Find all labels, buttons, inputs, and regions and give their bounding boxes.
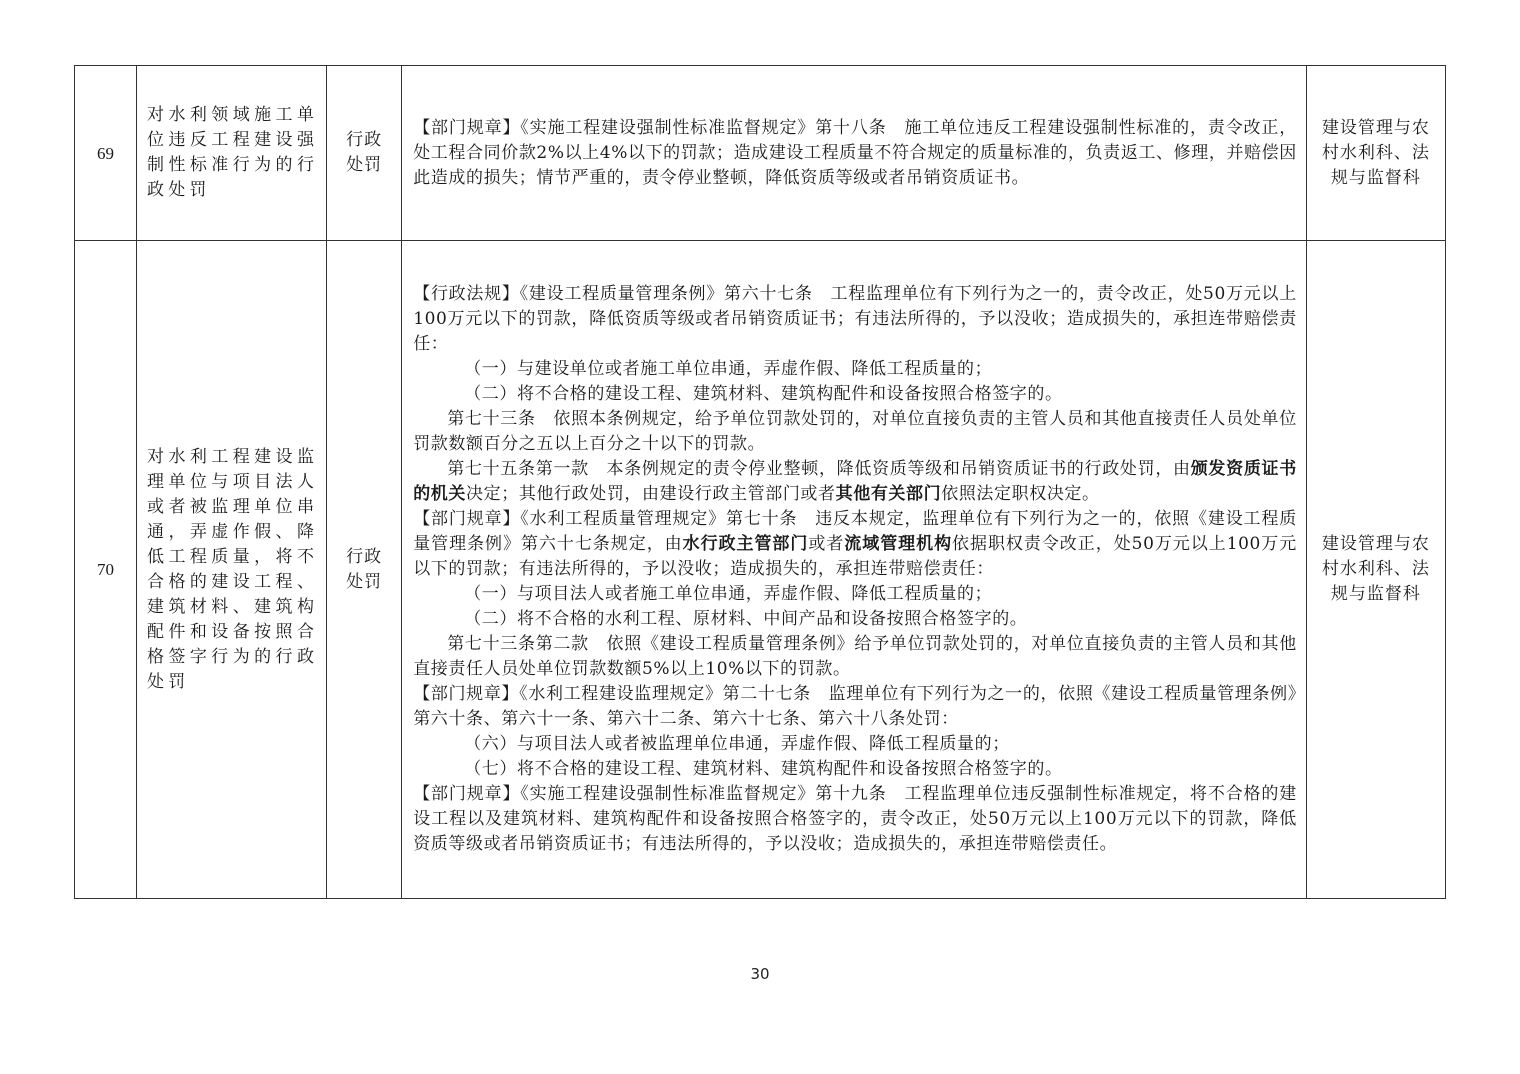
basis-paragraph: （二）将不合格的建设工程、建筑材料、建筑构配件和设备按照合格签字的。 [413, 382, 1297, 407]
basis-paragraph: （二）将不合格的水利工程、原材料、中间产品和设备按照合格签字的。 [413, 607, 1297, 632]
enforcement-items-table: 69 对水利领域施工单位违反工程建设强制性标准行为的行政处罚 行政处罚 【部门规… [74, 65, 1446, 899]
emphasized-authority: 水行政主管部门 [683, 534, 809, 554]
emphasized-authority: 其他有关部门 [836, 484, 942, 504]
basis-paragraph: 第七十五条第一款 本条例规定的责令停业整顿，降低资质等级和吊销资质证书的行政处罚… [413, 457, 1297, 507]
basis-text: （七）将不合格的建设工程、建筑材料、建筑构配件和设备按照合格签字的。 [464, 759, 1062, 779]
row-number: 70 [75, 241, 137, 899]
basis-paragraph: 【行政法规】《建设工程质量管理条例》第六十七条 工程监理单位有下列行为之一的，责… [413, 282, 1297, 357]
basis-paragraph: 【部门规章】《实施工程建设强制性标准监督规定》第十八条 施工单位违反工程建设强制… [413, 116, 1297, 191]
legal-basis: 【行政法规】《建设工程质量管理条例》第六十七条 工程监理单位有下列行为之一的，责… [402, 241, 1307, 899]
basis-paragraph: 第七十三条第二款 依照《建设工程质量管理条例》给予单位罚款处罚的，对单位直接负责… [413, 632, 1297, 682]
item-name: 对水利工程建设监理单位与项目法人或者被监理单位串通，弄虚作假、降低工程质量，将不… [137, 241, 327, 899]
emphasized-authority: 流域管理机构 [844, 534, 952, 554]
responsible-department: 建设管理与农村水利科、法规与监督科 [1306, 66, 1445, 241]
basis-text: 依照法定职权决定。 [941, 484, 1099, 504]
basis-text: （六）与项目法人或者被监理单位串通，弄虚作假、降低工程质量的； [464, 734, 1010, 754]
row-number: 69 [75, 66, 137, 241]
item-type: 行政处罚 [327, 66, 402, 241]
basis-text: 【部门规章】《水利工程建设监理规定》第二十七条 监理单位有下列行为之一的，依照《… [413, 684, 1297, 729]
basis-text: 决定；其他行政处罚，由建设行政主管部门或者 [466, 484, 836, 504]
basis-paragraph: 【部门规章】《水利工程建设监理规定》第二十七条 监理单位有下列行为之一的，依照《… [413, 682, 1297, 732]
basis-paragraph: 【部门规章】《水利工程质量管理规定》第七十条 违反本规定，监理单位有下列行为之一… [413, 507, 1297, 582]
basis-text: （二）将不合格的水利工程、原材料、中间产品和设备按照合格签字的。 [464, 609, 1027, 629]
basis-text: 【部门规章】《实施工程建设强制性标准监督规定》第十九条 工程监理单位违反强制性标… [413, 784, 1297, 854]
basis-paragraph: 第七十三条 依照本条例规定，给予单位罚款处罚的，对单位直接负责的主管人员和其他直… [413, 407, 1297, 457]
basis-text: （二）将不合格的建设工程、建筑材料、建筑构配件和设备按照合格签字的。 [464, 384, 1062, 404]
basis-paragraph: （一）与项目法人或者施工单位串通，弄虚作假、降低工程质量的； [413, 582, 1297, 607]
basis-paragraph: （一）与建设单位或者施工单位串通，弄虚作假、降低工程质量的； [413, 357, 1297, 382]
basis-text: （一）与项目法人或者施工单位串通，弄虚作假、降低工程质量的； [464, 584, 992, 604]
basis-text: 【行政法规】《建设工程质量管理条例》第六十七条 工程监理单位有下列行为之一的，责… [413, 284, 1297, 354]
basis-paragraph: （六）与项目法人或者被监理单位串通，弄虚作假、降低工程质量的； [413, 732, 1297, 757]
basis-text: 或者 [808, 534, 844, 554]
table-row-70: 70 对水利工程建设监理单位与项目法人或者被监理单位串通，弄虚作假、降低工程质量… [75, 241, 1446, 899]
item-name: 对水利领域施工单位违反工程建设强制性标准行为的行政处罚 [137, 66, 327, 241]
item-type: 行政处罚 [327, 241, 402, 899]
basis-paragraph: （七）将不合格的建设工程、建筑材料、建筑构配件和设备按照合格签字的。 [413, 757, 1297, 782]
basis-text: 【部门规章】《实施工程建设强制性标准监督规定》第十八条 施工单位违反工程建设强制… [413, 118, 1297, 188]
basis-text: 第七十三条第二款 依照《建设工程质量管理条例》给予单位罚款处罚的，对单位直接负责… [413, 634, 1297, 679]
table-row-69: 69 对水利领域施工单位违反工程建设强制性标准行为的行政处罚 行政处罚 【部门规… [75, 66, 1446, 241]
page-number: 30 [0, 965, 1520, 983]
basis-text: （一）与建设单位或者施工单位串通，弄虚作假、降低工程质量的； [464, 359, 992, 379]
basis-text: 第七十三条 依照本条例规定，给予单位罚款处罚的，对单位直接负责的主管人员和其他直… [413, 409, 1297, 454]
responsible-department: 建设管理与农村水利科、法规与监督科 [1306, 241, 1445, 899]
basis-text: 第七十五条第一款 本条例规定的责令停业整顿，降低资质等级和吊销资质证书的行政处罚… [447, 459, 1191, 479]
legal-basis: 【部门规章】《实施工程建设强制性标准监督规定》第十八条 施工单位违反工程建设强制… [402, 66, 1307, 241]
basis-paragraph: 【部门规章】《实施工程建设强制性标准监督规定》第十九条 工程监理单位违反强制性标… [413, 782, 1297, 857]
